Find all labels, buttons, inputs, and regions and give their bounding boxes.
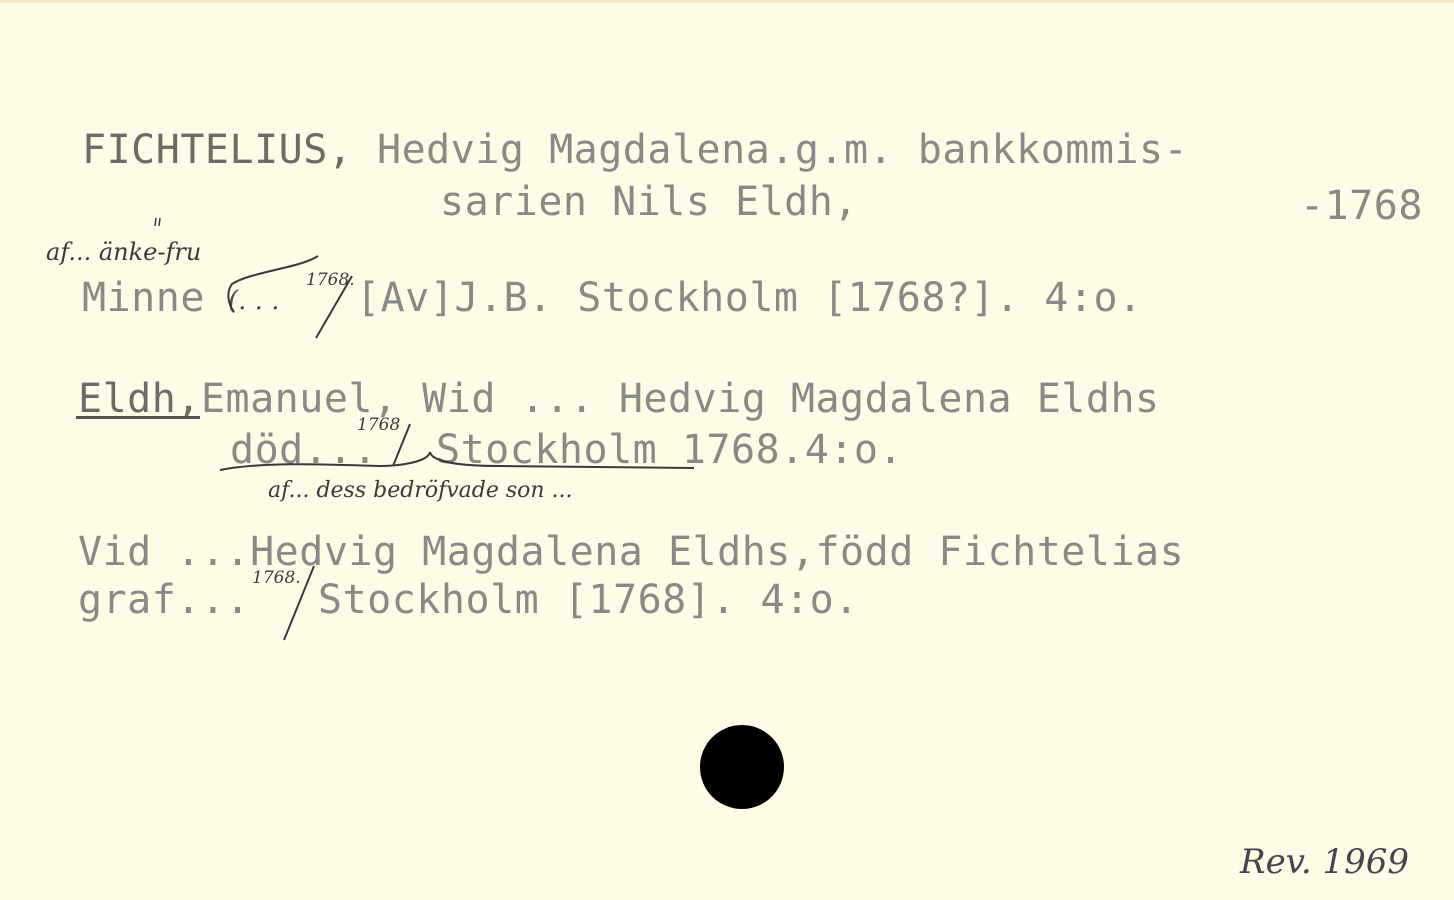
entry1-handwritten-annotation: af... änke-fru <box>46 238 201 266</box>
entry2-handwritten-year: 1768 <box>357 415 400 435</box>
entry2-line1-rest: Emanuel, Wid ... Hedvig Magdalena Eldhs <box>201 376 1160 422</box>
entry2-line2-start: död... <box>230 428 378 472</box>
entry1-author-rest: Hedvig Magdalena.g.m. bankkommis- <box>352 127 1188 173</box>
entry2-handwritten-annotation: af... dess bedröfvade son ... <box>268 478 573 503</box>
entry1-title-line: Minne <box>82 276 205 320</box>
entry2-line1: Eldh,Emanuel, Wid ... Hedvig Magdalena E… <box>78 377 1160 421</box>
entry1-spouse: sarien Nils Eldh, <box>440 179 858 225</box>
entry1-author-surname: FICHTELIUS, <box>82 127 352 173</box>
entry1-title-ellipsis: (. . . <box>228 286 279 316</box>
entry1-handwritten-year: 1768. <box>306 270 355 290</box>
catalog-card: FICHTELIUS, Hedvig Magdalena.g.m. bankko… <box>0 0 1454 900</box>
entry2-line2-rest: Stockholm 1768.4:o. <box>436 428 903 472</box>
entry3-line2-start: graf... <box>78 578 250 622</box>
entry1-heading-line1: FICHTELIUS, Hedvig Magdalena.g.m. bankko… <box>82 128 1188 172</box>
revision-note: Rev. 1969 <box>1240 842 1409 882</box>
entry3-handwritten-year: 1768. <box>252 568 301 588</box>
entry2-author-underline <box>76 416 200 419</box>
entry3-line1: Vid ...Hedvig Magdalena Eldhs,född Ficht… <box>78 530 1184 574</box>
entry1-death-date: -1768 <box>1300 184 1423 228</box>
punch-hole <box>700 725 784 809</box>
entry3-line2-rest: Stockholm [1768]. 4:o. <box>318 578 859 622</box>
card-top-edge <box>0 0 1454 3</box>
entry1-imprint: [Av]J.B. Stockholm [1768?]. 4:o. <box>356 276 1143 320</box>
entry1-title-start: Minne <box>82 275 205 321</box>
entry1-heading-line2: sarien Nils Eldh, <box>440 180 858 224</box>
